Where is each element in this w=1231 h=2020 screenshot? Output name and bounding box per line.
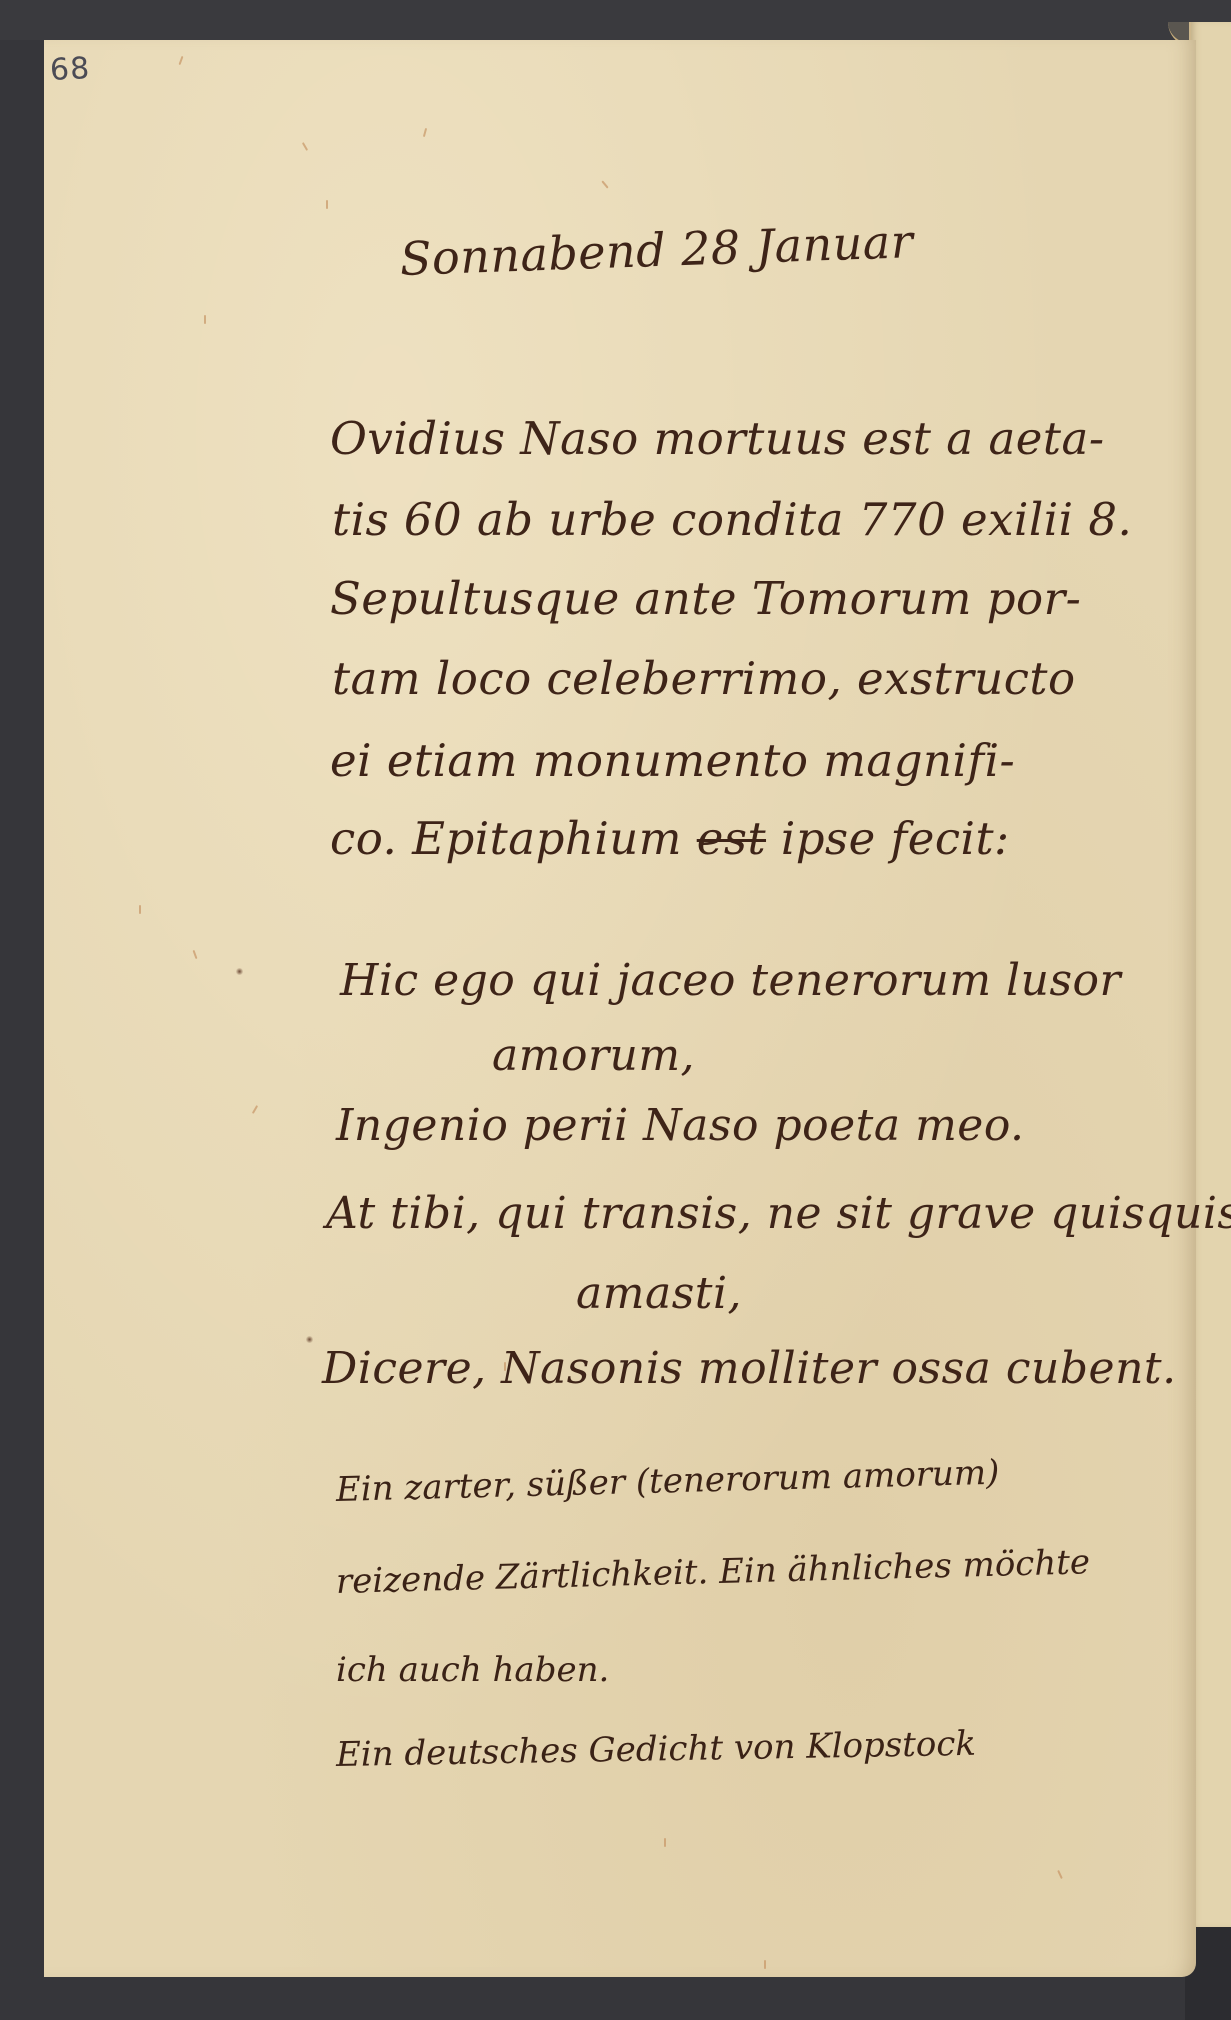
verse-line-2: Ingenio perii Naso poeta meo. [336, 1100, 1025, 1151]
folio-number: 68 [49, 51, 91, 88]
latin-line-1: Ovidius Naso mortuus est a aeta- [330, 412, 1105, 465]
paper-fiber [1057, 1870, 1063, 1879]
verse-line-4: Dicere, Nasonis molliter ossa cubent. [322, 1343, 1177, 1394]
foxing-spot [236, 968, 243, 975]
paper-fiber [204, 315, 206, 324]
german-note-line-3: ich auch haben. [336, 1650, 609, 1690]
paper-fiber [764, 1960, 766, 1969]
struck-word: est [697, 812, 766, 865]
latin-line-5: ei etiam monumento magnifi- [330, 734, 1015, 787]
paper-fiber [252, 1105, 258, 1114]
latin-line-4: tam loco celeberrimo, exstructo [332, 652, 1076, 705]
paper-fiber [193, 950, 198, 959]
verse-line-1-continuation: amorum, [492, 1030, 695, 1081]
latin-line-3: Sepultusque ante Tomorum por- [330, 572, 1081, 625]
foxing-spot [306, 1336, 313, 1343]
verse-line-3-continuation: amasti, [576, 1268, 742, 1319]
paper-fiber [302, 142, 308, 151]
paper-fiber [664, 1838, 666, 1847]
paper-fiber [326, 200, 328, 209]
verse-line-3: At tibi, qui transis, ne sit grave quisq… [326, 1188, 1231, 1239]
scanner-backdrop [0, 0, 1231, 40]
paper-fiber [601, 180, 608, 188]
paper-fiber [139, 905, 141, 914]
latin-line-6-start: co. Epitaphium [330, 812, 697, 865]
latin-line-2: tis 60 ab urbe condita 770 exilii 8. [332, 493, 1132, 546]
latin-line-6: co. Epitaphium est ipse fecit: [330, 812, 1010, 865]
verse-line-1: Hic ego qui jaceo tenerorum lusor [340, 955, 1121, 1006]
manuscript-page [44, 40, 1196, 1977]
latin-line-6-end: ipse fecit: [766, 812, 1010, 865]
paper-fiber [423, 128, 427, 137]
paper-fiber [179, 56, 184, 65]
